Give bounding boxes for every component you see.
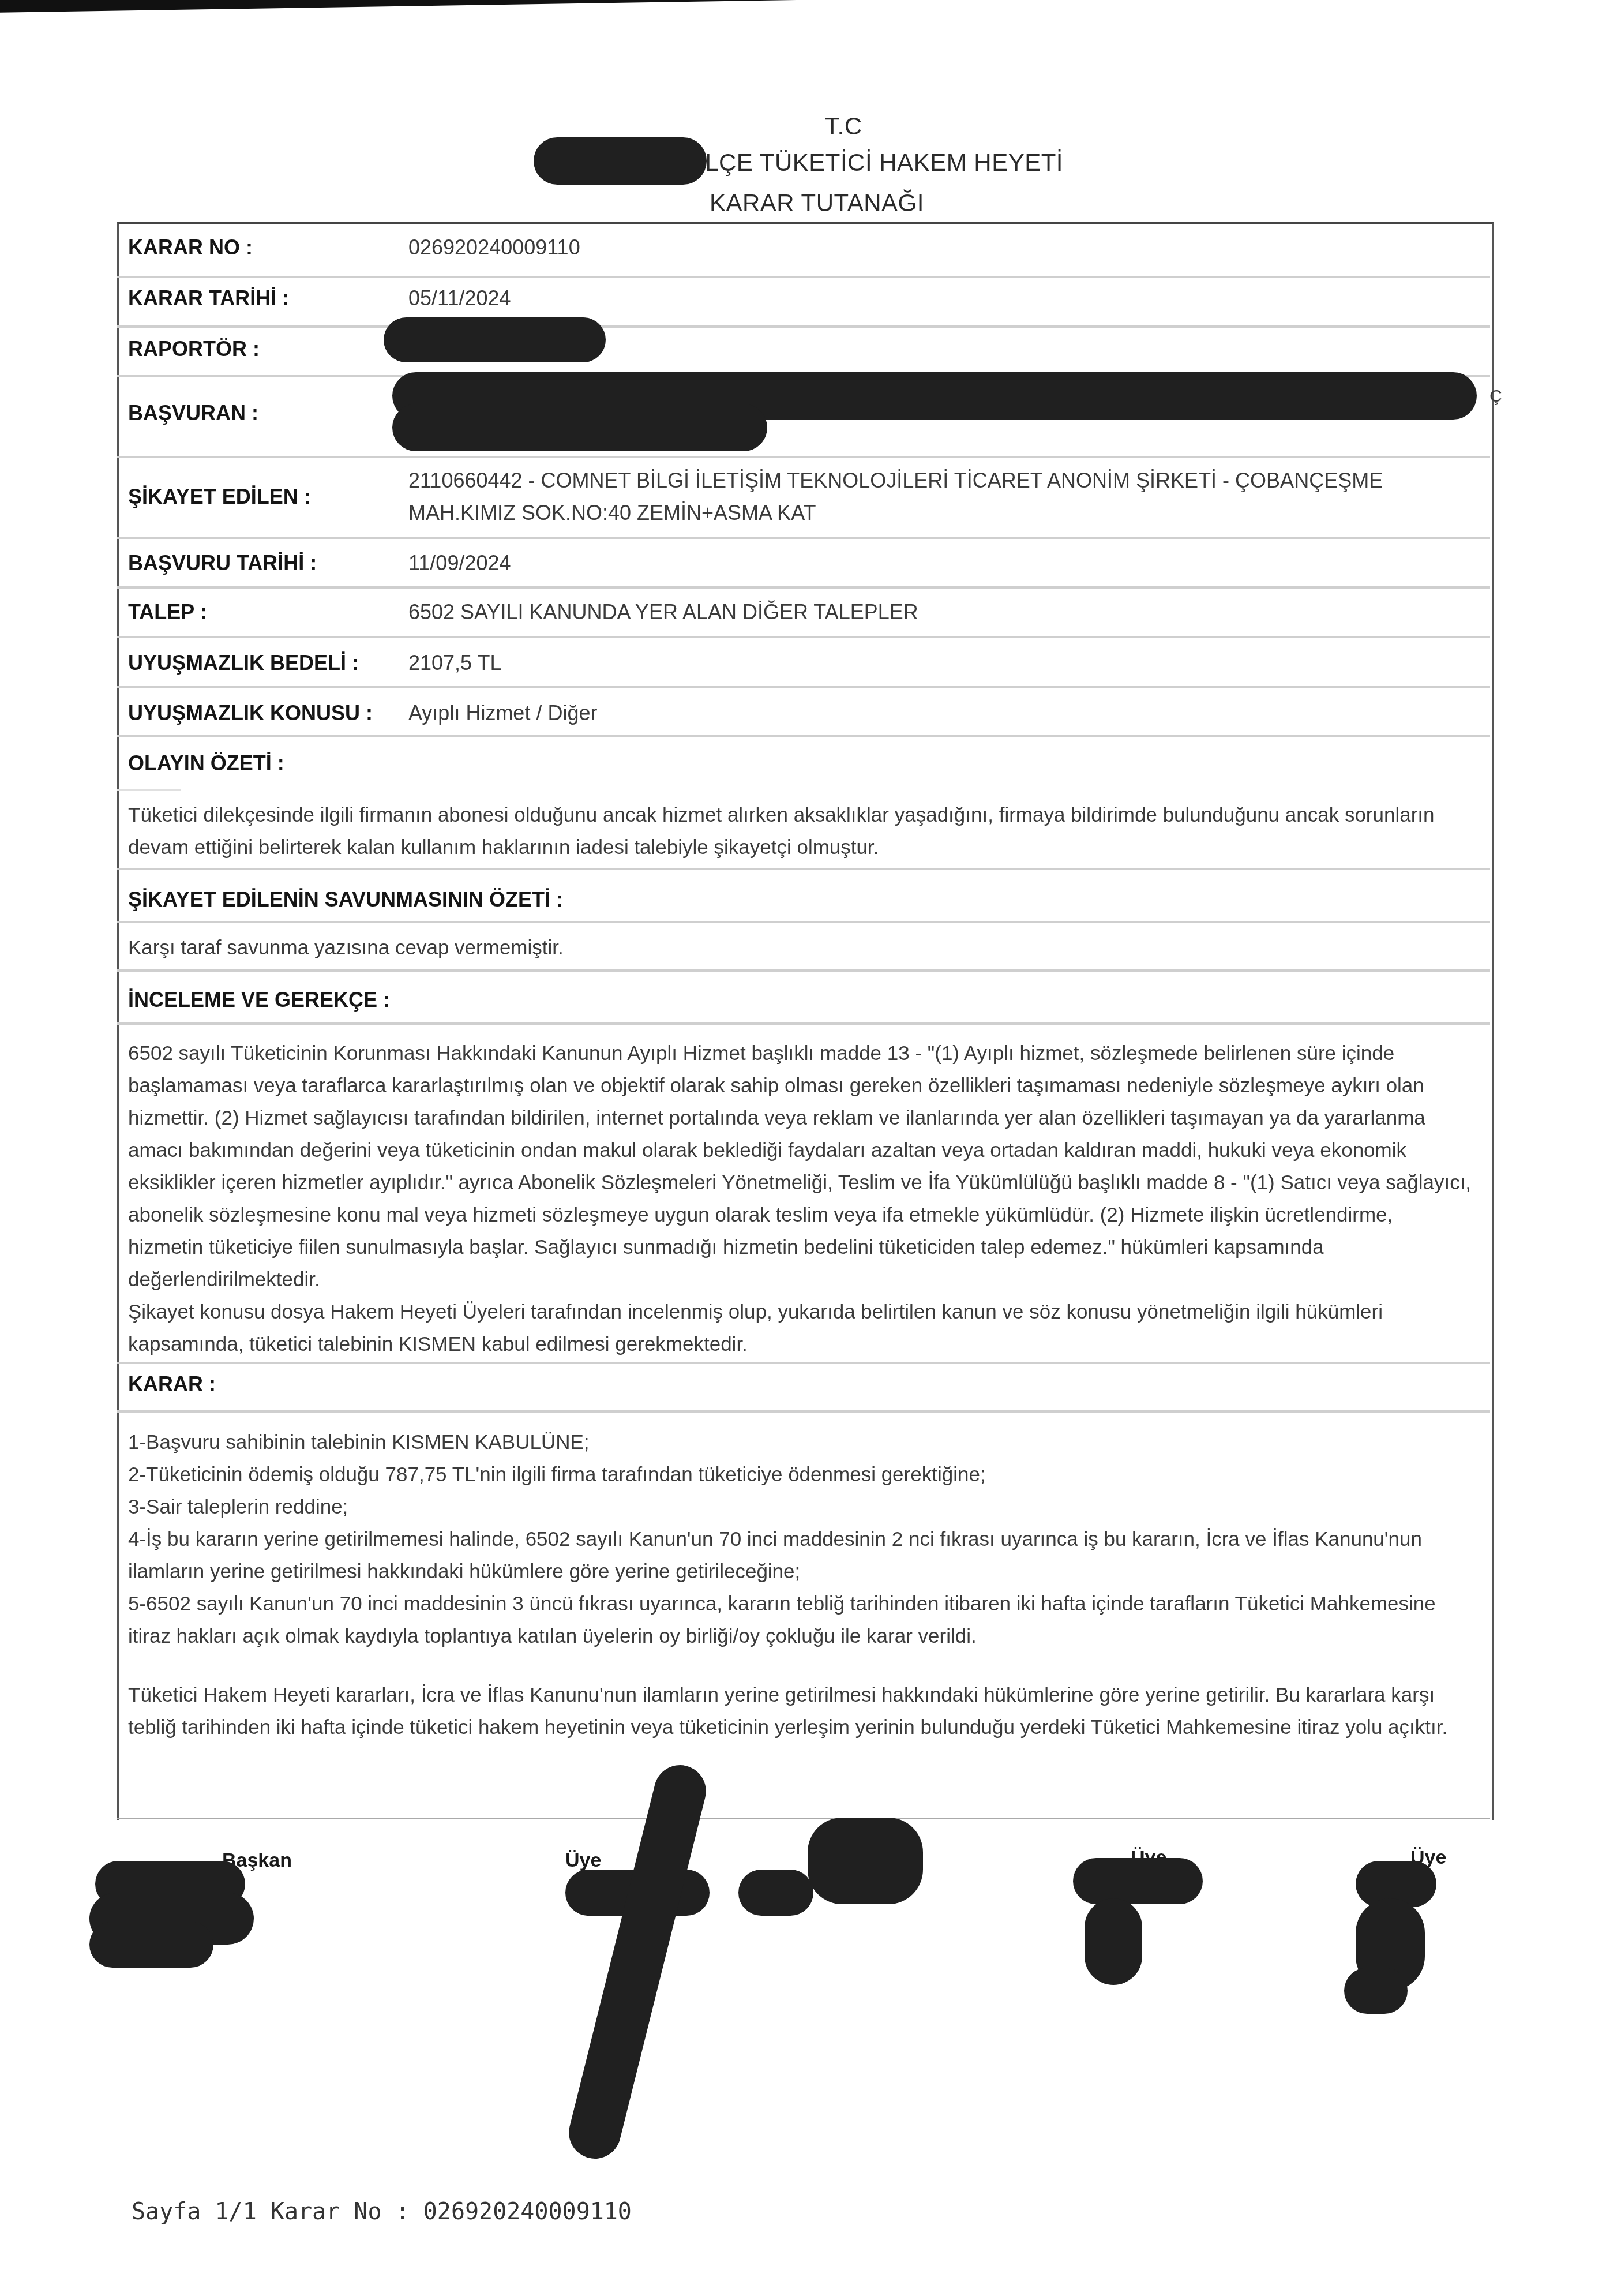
karar-no-value: 026920240009110 [408, 235, 580, 260]
redaction-basvuran [392, 404, 767, 451]
karar-item: 2-Tüketicinin ödemiş olduğu 787,75 TL'ni… [128, 1459, 1472, 1491]
row-divider [117, 921, 1490, 972]
page-footer: Sayfa 1/1 Karar No : 026920240009110 [132, 2198, 632, 2225]
karar-tarihi-value: 05/11/2024 [408, 286, 511, 310]
row-divider [117, 868, 1490, 923]
redaction-signature-uye [738, 1870, 813, 1916]
inceleme-paragraph-1: 6502 sayılı Tüketicinin Korunması Hakkın… [128, 1037, 1472, 1296]
talep-value: 6502 SAYILI KANUNDA YER ALAN DİĞER TALEP… [408, 600, 918, 624]
karar-no-label: KARAR NO : [128, 235, 253, 260]
header-tc: T.C [825, 113, 862, 140]
redaction-institution [534, 137, 707, 185]
header-institution: İLÇE TÜKETİCİ HAKEM HEYETİ [698, 149, 1063, 177]
row-divider [117, 969, 1490, 1025]
talep-label: TALEP : [128, 600, 207, 624]
raportor-label: RAPORTÖR : [128, 337, 260, 361]
karar-tarihi-label: KARAR TARİHİ : [128, 286, 289, 310]
row-divider [117, 739, 181, 791]
redaction-signature-uye [808, 1818, 923, 1904]
olayin-ozeti-text: Tüketici dilekçesinde ilgili firmanın ab… [128, 799, 1472, 864]
olayin-ozeti-paragraph: Tüketici dilekçesinde ilgili firmanın ab… [128, 799, 1472, 864]
karar-item: 3-Sair taleplerin reddine; [128, 1491, 1472, 1523]
karar-item: 1-Başvuru sahibinin talebinin KISMEN KAB… [128, 1426, 1472, 1459]
uyusmazlik-konusu-value: Ayıplı Hizmet / Diğer [408, 701, 597, 725]
redaction-signature-uye [1344, 1968, 1408, 2014]
redaction-raportor [384, 317, 606, 362]
scan-artifact-stroke [0, 0, 1085, 13]
redaction-signature-baskan [89, 1922, 213, 1968]
uyusmazlik-bedeli-label: UYUŞMAZLIK BEDELİ : [128, 651, 359, 675]
basvuru-tarihi-label: BAŞVURU TARİHİ : [128, 551, 317, 575]
signature-label-uye: Üye [565, 1849, 601, 1872]
redaction-signature-uye [1073, 1858, 1203, 1904]
sikayet-edilen-label: ŞİKAYET EDİLEN : [128, 485, 311, 509]
inceleme-text: 6502 sayılı Tüketicinin Korunması Hakkın… [128, 1037, 1472, 1361]
basvuran-label: BAŞVURAN : [128, 401, 258, 425]
sikayet-edilen-value-line2: MAH.KIMIZ SOK.NO:40 ZEMİN+ASMA KAT [408, 501, 816, 525]
uyusmazlik-bedeli-value: 2107,5 TL [408, 651, 501, 675]
uyusmazlik-konusu-label: UYUŞMAZLIK KONUSU : [128, 701, 373, 725]
bottom-divider [117, 1818, 1490, 1819]
karar-note-paragraph: Tüketici Hakem Heyeti kararları, İcra ve… [128, 1679, 1472, 1744]
row-divider [117, 1362, 1490, 1413]
karar-item: 4-İş bu kararın yerine getirilmemesi hal… [128, 1523, 1472, 1588]
row-divider [117, 276, 1490, 328]
document-title: KARAR TUTANAĞI [710, 189, 924, 217]
basvuran-visible-tail: Ç [1489, 387, 1502, 406]
redaction-signature-uye-stroke [564, 1760, 712, 2164]
redaction-signature-uye [1085, 1898, 1142, 1985]
karar-item: 5-6502 sayılı Kanun'un 70 inci maddesini… [128, 1588, 1472, 1653]
karar-items: 1-Başvuru sahibinin talebinin KISMEN KAB… [128, 1426, 1472, 1653]
row-divider [117, 537, 1490, 589]
row-divider [117, 224, 1490, 278]
basvuru-tarihi-value: 11/09/2024 [408, 551, 511, 575]
sikayet-edilen-value-line1: 2110660442 - COMNET BİLGİ İLETİŞİM TEKNO… [408, 469, 1383, 493]
karar-note: Tüketici Hakem Heyeti kararları, İcra ve… [128, 1679, 1472, 1744]
row-divider [117, 325, 1490, 377]
